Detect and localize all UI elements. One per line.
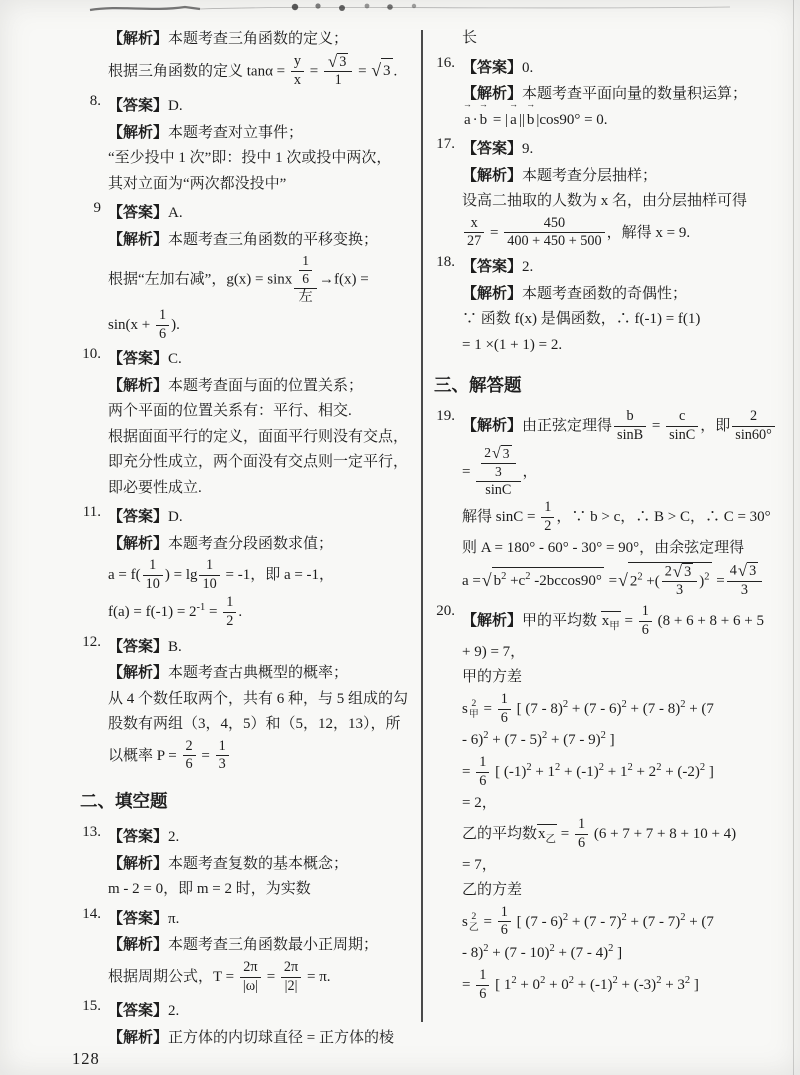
answer-item: 8.【答案】D.【解析】本题考查对立事件；“至少投中 1 次”即：投中 1 次或… bbox=[76, 93, 414, 197]
solution-line: 【答案】0. bbox=[462, 55, 788, 82]
item-number: 16. bbox=[430, 55, 462, 134]
answer-item: 10.【答案】C.【解析】本题考查面与面的位置关系；两个平面的位置关系有：平行、… bbox=[76, 346, 414, 501]
solution-line: 根据周期公式，T = 2π|ω| = 2π|2| = π. bbox=[108, 959, 414, 996]
column-divider bbox=[421, 30, 423, 1022]
solution-line: 【解析】甲的平均数 x甲 = 16 (8 + 6 + 8 + 6 + 5 bbox=[462, 603, 788, 640]
solution-line: 设高二抽取的人数为 x 名，由分层抽样可得 bbox=[462, 189, 788, 215]
solution-line: = 1 ×(1 + 1) = 2. bbox=[462, 333, 788, 359]
solution-line: 【解析】本题考查对立事件； bbox=[108, 120, 414, 147]
answer-item: 14.【答案】π.【解析】本题考查三角函数最小正周期；根据周期公式，T = 2π… bbox=[76, 906, 414, 996]
solution-line: 【解析】本题考查分段函数求值； bbox=[108, 531, 414, 558]
answer-item: 11.【答案】D.【解析】本题考查分段函数求值；a = f(110) = lg1… bbox=[76, 504, 414, 630]
solution-line: 从 4 个数任取两个，共有 6 种，与 5 组成的勾 bbox=[108, 687, 414, 713]
item-number: 18. bbox=[430, 254, 462, 358]
solution-line: 两个平面的位置关系有：平行、相交. bbox=[108, 399, 414, 425]
answer-item: 9【答案】A.【解析】本题考查三角函数的平移变换；根据“左加右减”，g(x) =… bbox=[76, 200, 414, 343]
solution-line: a =√b2 +c2 -2bccos90° =√22 +(2√33)2 =4√3… bbox=[462, 562, 788, 601]
solution-line: 长 bbox=[462, 26, 788, 52]
item-number bbox=[430, 26, 462, 52]
solution-line: = 2√33sinC， bbox=[462, 445, 788, 500]
solution-line: s2甲 = 16 [ (7 - 8)2 + (7 - 6)2 + (7 - 8)… bbox=[462, 691, 788, 728]
solution-line: 【解析】本题考查分层抽样； bbox=[462, 163, 788, 190]
solution-line: 根据“左加右减”，g(x) = sinx16左→f(x) = bbox=[108, 253, 414, 307]
solution-line: 乙的方差 bbox=[462, 878, 788, 904]
solution-line: 【答案】D. bbox=[108, 93, 414, 120]
section-heading: 三、解答题 bbox=[434, 372, 788, 397]
answer-item: 【解析】本题考查三角函数的定义；根据三角函数的定义 tanα = yx = √3… bbox=[76, 26, 414, 90]
item-number: 20. bbox=[430, 603, 462, 1003]
answer-item: 17.【答案】9.【解析】本题考查分层抽样；设高二抽取的人数为 x 名，由分层抽… bbox=[430, 136, 788, 251]
solution-line: 【解析】本题考查函数的奇偶性； bbox=[462, 281, 788, 308]
solution-line: 【答案】9. bbox=[462, 136, 788, 163]
solution-line: 即必要性成立. bbox=[108, 476, 414, 502]
solution-line: + 9) = 7， bbox=[462, 640, 788, 666]
answer-item: 19.【解析】由正弦定理得bsinB = csinC，即2sin60°= 2√3… bbox=[430, 408, 788, 600]
solution-line: 【解析】本题考查三角函数的平移变换； bbox=[108, 227, 414, 254]
solution-line: 解得 sinC = 12，∵ b > c，∴ B > C，∴ C = 30° bbox=[462, 499, 788, 536]
solution-line: 【解析】本题考查三角函数的定义； bbox=[108, 26, 414, 53]
solution-line: = 16 [ 12 + 02 + 02 + (-1)2 + (-3)2 + 32… bbox=[462, 967, 788, 1004]
answer-item: 长 bbox=[430, 26, 788, 52]
item-number: 12. bbox=[76, 634, 108, 775]
solution-line: = 2， bbox=[462, 791, 788, 817]
solution-line: 【答案】2. bbox=[108, 824, 414, 851]
item-number: 17. bbox=[430, 136, 462, 251]
item-number: 8. bbox=[76, 93, 108, 197]
solution-line: 根据面面平行的定义，面面平行则没有交点， bbox=[108, 425, 414, 451]
solution-line: 【答案】D. bbox=[108, 504, 414, 531]
solution-line: “至少投中 1 次”即：投中 1 次或投中两次， bbox=[108, 146, 414, 172]
answer-item: 20.【解析】甲的平均数 x甲 = 16 (8 + 6 + 8 + 6 + 5+… bbox=[430, 603, 788, 1003]
item-number: 14. bbox=[76, 906, 108, 996]
answer-item: 15.【答案】2.【解析】正方体的内切球直径 = 正方体的棱 bbox=[76, 998, 414, 1051]
solution-line: m - 2 = 0，即 m = 2 时，为实数 bbox=[108, 877, 414, 903]
solution-line: 【解析】由正弦定理得bsinB = csinC，即2sin60° bbox=[462, 408, 788, 445]
solution-line: 其对立面为“两次都没投中” bbox=[108, 172, 414, 198]
solution-line: - 6)2 + (7 - 5)2 + (7 - 9)2 ] bbox=[462, 727, 788, 754]
solution-line: 【解析】本题考查面与面的位置关系； bbox=[108, 373, 414, 400]
solution-line: 【解析】本题考查复数的基本概念； bbox=[108, 851, 414, 878]
solution-line: sin(x + 16). bbox=[108, 307, 414, 344]
section-heading: 二、填空题 bbox=[80, 788, 414, 813]
solution-line: 【答案】A. bbox=[108, 200, 414, 227]
solution-line: 【答案】π. bbox=[108, 906, 414, 933]
solution-line: 即充分性成立，两个面没有交点则一定平行， bbox=[108, 450, 414, 476]
left-column: 【解析】本题考查三角函数的定义；根据三角函数的定义 tanα = yx = √3… bbox=[76, 26, 414, 1054]
solution-line: 【解析】本题考查古典概型的概率； bbox=[108, 660, 414, 687]
item-number: 11. bbox=[76, 504, 108, 630]
scan-artifact bbox=[80, 0, 740, 20]
answer-item: 16.【答案】0.【解析】本题考查平面向量的数量积运算；a·b = |a||b|… bbox=[430, 55, 788, 134]
solution-line: 【答案】2. bbox=[462, 254, 788, 281]
solution-line: 【答案】B. bbox=[108, 634, 414, 661]
scanned-answer-page: 【解析】本题考查三角函数的定义；根据三角函数的定义 tanα = yx = √3… bbox=[0, 0, 800, 1075]
answer-item: 13.【答案】2.【解析】本题考查复数的基本概念；m - 2 = 0，即 m =… bbox=[76, 824, 414, 903]
solution-line: a·b = |a||b|cos90° = 0. bbox=[462, 108, 788, 134]
item-number: 19. bbox=[430, 408, 462, 600]
item-number: 10. bbox=[76, 346, 108, 501]
item-number: 15. bbox=[76, 998, 108, 1051]
solution-line: = 16 [ (-1)2 + 12 + (-1)2 + 12 + 22 + (-… bbox=[462, 754, 788, 791]
item-number: 9 bbox=[76, 200, 108, 343]
answer-item: 18.【答案】2.【解析】本题考查函数的奇偶性；∵ 函数 f(x) 是偶函数，∴… bbox=[430, 254, 788, 358]
solution-line: 乙的平均数x乙 = 16 (6 + 7 + 7 + 8 + 10 + 4) bbox=[462, 816, 788, 853]
solution-line: 根据三角函数的定义 tanα = yx = √31 = √3. bbox=[108, 53, 414, 91]
answer-item: 12.【答案】B.【解析】本题考查古典概型的概率；从 4 个数任取两个，共有 6… bbox=[76, 634, 414, 775]
page-number: 128 bbox=[72, 1049, 100, 1069]
solution-line: 【答案】2. bbox=[108, 998, 414, 1025]
solution-line: = 7， bbox=[462, 853, 788, 879]
solution-line: a = f(110) = lg110 = -1，即 a = -1， bbox=[108, 557, 414, 594]
solution-line: 股数有两组（3，4，5）和（5，12，13），所 bbox=[108, 712, 414, 738]
right-column: 长16.【答案】0.【解析】本题考查平面向量的数量积运算；a·b = |a||b… bbox=[430, 26, 788, 1006]
solution-line: 甲的方差 bbox=[462, 665, 788, 691]
solution-line: x27 = 450400 + 450 + 500，解得 x = 9. bbox=[462, 215, 788, 252]
page-edge-line bbox=[793, 0, 794, 1075]
solution-line: 【解析】正方体的内切球直径 = 正方体的棱 bbox=[108, 1025, 414, 1052]
solution-line: ∵ 函数 f(x) 是偶函数，∴ f(-1) = f(1) bbox=[462, 307, 788, 333]
solution-line: 则 A = 180° - 60° - 30° = 90°，由余弦定理得 bbox=[462, 536, 788, 562]
item-number bbox=[76, 26, 108, 90]
solution-line: 【解析】本题考查三角函数最小正周期； bbox=[108, 932, 414, 959]
solution-line: f(a) = f(-1) = 2-1 = 12. bbox=[108, 594, 414, 631]
item-number: 13. bbox=[76, 824, 108, 903]
solution-line: - 8)2 + (7 - 10)2 + (7 - 4)2 ] bbox=[462, 940, 788, 967]
solution-line: s2乙 = 16 [ (7 - 6)2 + (7 - 7)2 + (7 - 7)… bbox=[462, 904, 788, 941]
solution-line: 【答案】C. bbox=[108, 346, 414, 373]
solution-line: 以概率 P = 26 = 13 bbox=[108, 738, 414, 775]
